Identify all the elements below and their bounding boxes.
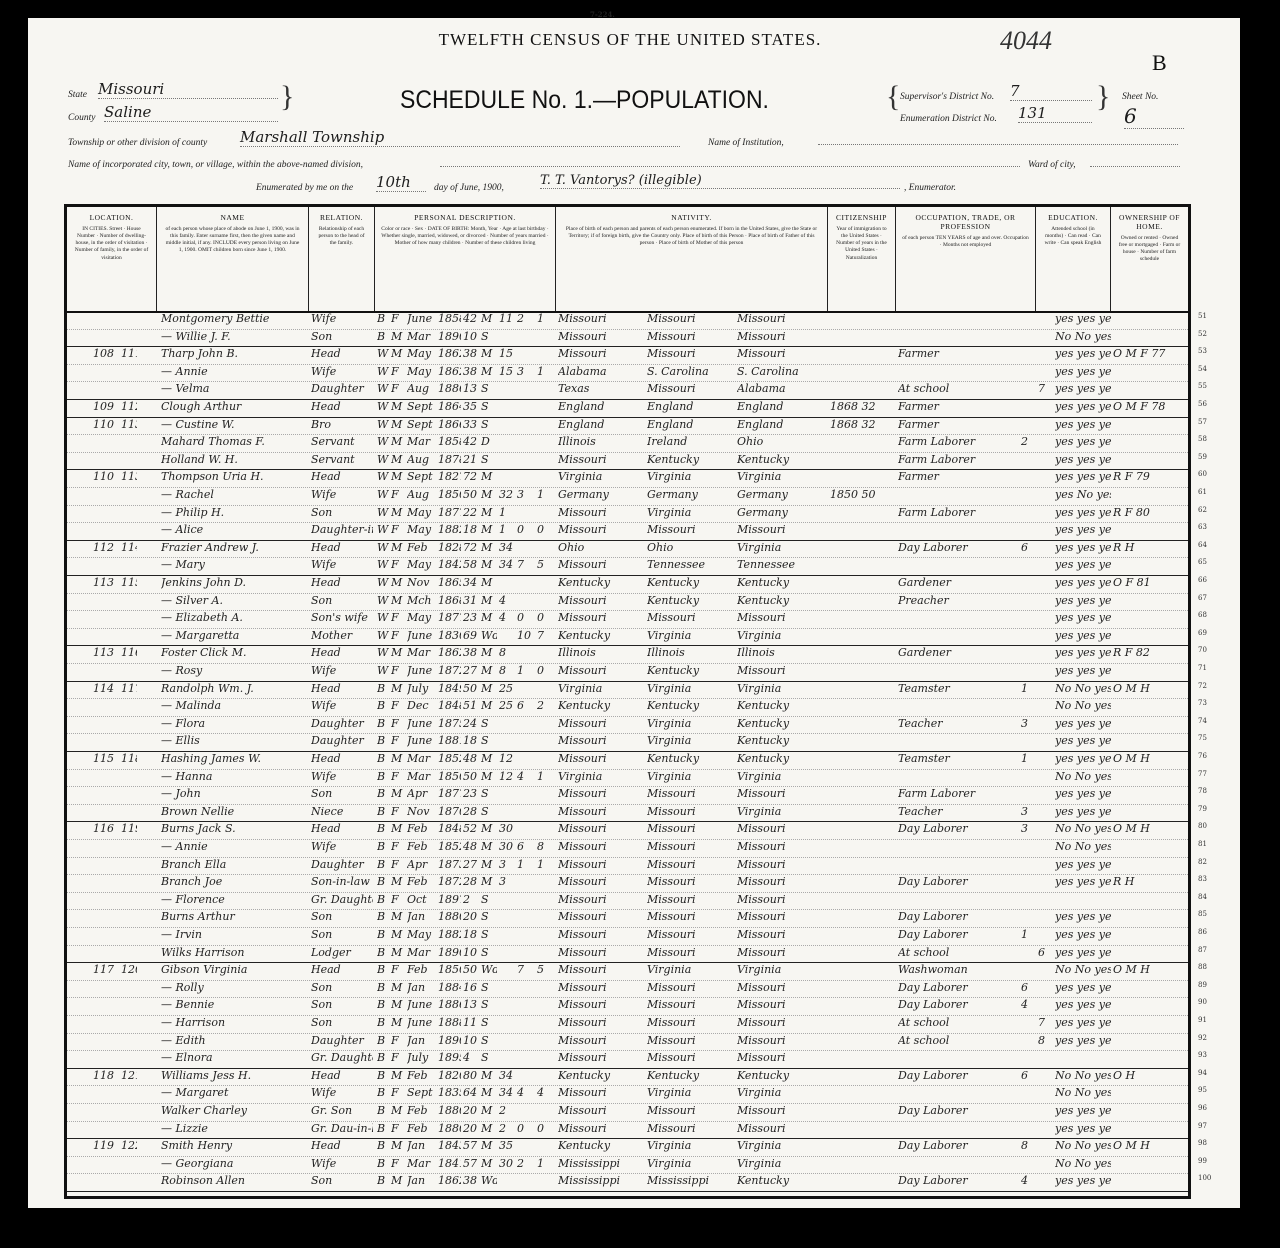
cell-edu: No No yes <box>1055 1139 1111 1152</box>
table-row: 118121Williams Jess H.HeadBMFeb182080M34… <box>67 1068 1188 1087</box>
cell-born: 3 <box>517 488 535 501</box>
cell-year: 1827 <box>438 470 461 483</box>
cell-age: 31 <box>463 594 479 607</box>
table-row: Branch EllaDaughterBFApr187327M311Missou… <box>67 857 1188 876</box>
cell-pob: Missouri <box>558 594 644 607</box>
cell-name: — Philip H. <box>161 506 307 519</box>
cell-age: 18 <box>463 928 479 941</box>
cell-occ: Farmer <box>898 400 1018 413</box>
cell-pob: Kentucky <box>558 1139 644 1152</box>
cell-edu: yes yes yes <box>1055 1174 1111 1187</box>
cell-sch: 7 <box>1038 382 1052 395</box>
cell-month: June <box>407 664 437 677</box>
line-number: 61 <box>1198 488 1207 496</box>
cell-sex: M <box>391 435 405 448</box>
line-number: 63 <box>1198 523 1207 531</box>
cell-name: — Bennie <box>161 998 307 1011</box>
cell-pob: Missouri <box>558 858 644 871</box>
cell-imm: 1868 32 <box>830 418 896 431</box>
cell-occ: Farmer <box>898 418 1018 431</box>
cell-age: 10 <box>463 1034 479 1047</box>
cell-mpob: Kentucky <box>737 734 827 747</box>
cell-mne: 1 <box>1021 752 1035 765</box>
cell-rel: Son <box>311 928 373 941</box>
cell-age: 18 <box>463 523 479 536</box>
census-title: TWELFTH CENSUS OF THE UNITED STATES. <box>340 30 920 50</box>
line-number: 74 <box>1198 717 1207 725</box>
cell-age: 23 <box>463 787 479 800</box>
line-number: 97 <box>1198 1122 1207 1130</box>
cell-pob: Virginia <box>558 470 644 483</box>
cell-ym: 8 <box>499 646 515 659</box>
cell-occ: Washwoman <box>898 963 1018 976</box>
cell-name: Branch Ella <box>161 858 307 871</box>
supervisor-label: Supervisor's District No. <box>900 92 994 102</box>
cell-age: 50 <box>463 682 479 695</box>
cell-race: W <box>377 382 389 395</box>
cell-year: 1882 <box>438 523 461 536</box>
cell-edu: yes yes yes <box>1055 382 1111 395</box>
cell-living: 8 <box>537 840 555 853</box>
county-label: County <box>68 113 95 123</box>
cell-race: B <box>377 787 389 800</box>
cell-edu: yes yes yes <box>1055 998 1111 1011</box>
cell-age: 52 <box>463 822 479 835</box>
cell-ym: 3 <box>499 875 515 888</box>
cell-fpob: Virginia <box>647 629 733 642</box>
cell-pob: Illinois <box>558 435 644 448</box>
cell-edu: yes yes yes <box>1055 506 1111 519</box>
cell-sex: M <box>391 594 405 607</box>
cell-month: Oct <box>407 893 437 906</box>
cell-ms: S <box>481 981 497 994</box>
city-label: Name of incorporated city, town, or vill… <box>68 160 363 170</box>
group-education: EDUCATION. Attended school (in months) ·… <box>1036 207 1111 311</box>
ed-no: 131 <box>1018 104 1092 123</box>
cell-own: R H <box>1113 541 1189 554</box>
line-number: 83 <box>1198 875 1207 883</box>
cell-month: Nov <box>407 805 437 818</box>
cell-race: B <box>377 875 389 888</box>
cell-sex: F <box>391 770 405 783</box>
cell-ym: 32 <box>499 488 515 501</box>
cell-age: 18 <box>463 734 479 747</box>
cell-age: 80 <box>463 1069 479 1082</box>
line-number: 77 <box>1198 770 1207 778</box>
cell-edu: yes yes yes <box>1055 946 1111 959</box>
line-number: 82 <box>1198 858 1207 866</box>
cell-edu: yes yes yes <box>1055 611 1111 624</box>
cell-pob: Missouri <box>558 453 644 466</box>
cell-mpob: England <box>737 418 827 431</box>
cell-name: — Alice <box>161 523 307 536</box>
cell-race: B <box>377 840 389 853</box>
cell-ym: 2 <box>499 1122 515 1135</box>
line-number: 95 <box>1198 1086 1207 1094</box>
cell-ms: M <box>481 347 497 360</box>
cell-living: 0 <box>537 523 555 536</box>
cell-age: 4 <box>463 1051 479 1064</box>
cell-rel: Son's wife <box>311 611 373 624</box>
cell-age: 35 <box>463 400 479 413</box>
line-number: 89 <box>1198 981 1207 989</box>
table-header: LOCATION. IN CITIES. Street · House Numb… <box>67 207 1188 313</box>
cell-ms: S <box>481 734 497 747</box>
cell-fpob: England <box>647 400 733 413</box>
cell-name: — John <box>161 787 307 800</box>
group-location: LOCATION. IN CITIES. Street · House Numb… <box>67 207 157 311</box>
cell-year: 1886 <box>438 998 461 1011</box>
cell-fam: 116 <box>121 646 137 659</box>
cell-living: 4 <box>537 1086 555 1099</box>
cell-sex: F <box>391 699 405 712</box>
table-row: — Silver A.SonWMMch186831M4MissouriKentu… <box>67 593 1188 612</box>
cell-sex: M <box>391 822 405 835</box>
cell-rel: Wife <box>311 365 373 378</box>
cell-born: 3 <box>517 365 535 378</box>
line-number: 73 <box>1198 699 1207 707</box>
cell-own: O M F 78 <box>1113 400 1189 413</box>
county-value: Saline <box>104 103 278 122</box>
cell-occ: Teacher <box>898 717 1018 730</box>
cell-mpob: Kentucky <box>737 752 827 765</box>
cell-rel: Servant <box>311 453 373 466</box>
cell-dw: 118 <box>93 1069 117 1082</box>
cell-living: 1 <box>537 1157 555 1170</box>
cell-age: 38 <box>463 646 479 659</box>
cell-year: 1852 <box>438 752 461 765</box>
cell-name: — Florence <box>161 893 307 906</box>
cell-sch: 6 <box>1038 946 1052 959</box>
cell-living: 0 <box>537 611 555 624</box>
cell-name: Robinson Allen <box>161 1174 307 1187</box>
cell-ms: S <box>481 453 497 466</box>
cell-year: 1850 <box>438 963 461 976</box>
cell-rel: Son <box>311 998 373 1011</box>
cell-age: 28 <box>463 875 479 888</box>
cell-sex: M <box>391 787 405 800</box>
group-citizenship: CITIZENSHIP Year of immigration to the U… <box>828 207 896 311</box>
cell-name: Tharp John B. <box>161 347 307 360</box>
table-row: 113116Foster Click M.HeadWMMar186238M8Il… <box>67 645 1188 664</box>
table-row: — RollySonBMJan188416SMissouriMissouriMi… <box>67 980 1188 999</box>
cell-month: May <box>407 506 437 519</box>
table-row: — Willie J. F.SonBMMar189010SMissouriMis… <box>67 329 1188 348</box>
cell-fpob: Ohio <box>647 541 733 554</box>
cell-month: Feb <box>407 875 437 888</box>
cell-mpob: Kentucky <box>737 699 827 712</box>
cell-name: — Lizzie <box>161 1122 307 1135</box>
cell-mpob: Missouri <box>737 312 827 325</box>
cell-sex: F <box>391 858 405 871</box>
cell-own: R F 82 <box>1113 646 1189 659</box>
cell-age: 20 <box>463 1122 479 1135</box>
cell-ym: 34 <box>499 541 515 554</box>
group-name: NAME of each person whose place of abode… <box>157 207 309 311</box>
cell-month: Feb <box>407 1069 437 1082</box>
cell-mpob: Missouri <box>737 347 827 360</box>
cell-month: Aug <box>407 382 437 395</box>
cell-mpob: Missouri <box>737 928 827 941</box>
line-number: 67 <box>1198 594 1207 602</box>
cell-mpob: Missouri <box>737 523 827 536</box>
cell-fpob: Kentucky <box>647 752 733 765</box>
cell-age: 2 <box>463 893 479 906</box>
table-row: Branch JoeSon-in-lawBMFeb187228M3Missour… <box>67 874 1188 893</box>
cell-rel: Son <box>311 506 373 519</box>
table-row: — FlorenceGr. DaughterBFOct18972SMissour… <box>67 892 1188 911</box>
cell-fam: 121 <box>121 1069 137 1082</box>
cell-pob: Virginia <box>558 770 644 783</box>
cell-name: — Mary <box>161 558 307 571</box>
cell-living: 7 <box>537 629 555 642</box>
cell-edu: yes yes yes <box>1055 400 1111 413</box>
cell-pob: Missouri <box>558 1086 644 1099</box>
cell-fpob: Missouri <box>647 787 733 800</box>
cell-race: B <box>377 734 389 747</box>
cell-edu: No No yes <box>1055 770 1111 783</box>
cell-ms: M <box>481 611 497 624</box>
cell-sex: F <box>391 1122 405 1135</box>
line-number: 60 <box>1198 470 1207 478</box>
cell-ms: Wd <box>481 963 497 976</box>
cell-age: 58 <box>463 558 479 571</box>
cell-fpob: Missouri <box>647 875 733 888</box>
cell-rel: Wife <box>311 558 373 571</box>
cell-mpob: Kentucky <box>737 717 827 730</box>
cell-fpob: Missouri <box>647 910 733 923</box>
cell-fpob: S. Carolina <box>647 365 733 378</box>
cell-race: W <box>377 488 389 501</box>
cell-sex: M <box>391 541 405 554</box>
cell-race: B <box>377 330 389 343</box>
cell-pob: Virginia <box>558 682 644 695</box>
cell-year: 1890 <box>438 330 461 343</box>
cell-occ: At school <box>898 1034 1018 1047</box>
cell-mpob: Kentucky <box>737 594 827 607</box>
cell-race: B <box>377 1086 389 1099</box>
cell-dw: 115 <box>93 752 117 765</box>
cell-age: 38 <box>463 1174 479 1187</box>
cell-dw: 114 <box>93 682 117 695</box>
cell-ms: M <box>481 558 497 571</box>
line-number: 68 <box>1198 611 1207 619</box>
cell-ms: M <box>481 470 497 483</box>
cell-born: 2 <box>517 1157 535 1170</box>
cell-occ: Teamster <box>898 682 1018 695</box>
cell-fam: 117 <box>121 682 137 695</box>
cell-year: 1877 <box>438 506 461 519</box>
cell-edu: yes yes yes <box>1055 312 1111 325</box>
cell-race: B <box>377 928 389 941</box>
table-row: Mahard Thomas F.ServantWMMar185842DIllin… <box>67 434 1188 453</box>
cell-ym: 4 <box>499 611 515 624</box>
table-row: — MalindaWifeBFDec184851M2562KentuckyKen… <box>67 698 1188 717</box>
cell-age: 72 <box>463 470 479 483</box>
cell-mpob: Kentucky <box>737 1069 827 1082</box>
cell-month: Sept <box>407 400 437 413</box>
cell-fpob: Mississippi <box>647 1174 733 1187</box>
cell-race: W <box>377 400 389 413</box>
cell-occ: Day Laborer <box>898 541 1018 554</box>
cell-month: Apr <box>407 787 437 800</box>
line-number: 58 <box>1198 435 1207 443</box>
cell-edu: yes yes yes <box>1055 928 1111 941</box>
cell-year: 1880 <box>438 910 461 923</box>
cell-fpob: Missouri <box>647 1034 733 1047</box>
cell-month: July <box>407 682 437 695</box>
cell-race: W <box>377 541 389 554</box>
cell-mpob: Missouri <box>737 858 827 871</box>
cell-sex: M <box>391 646 405 659</box>
cell-rel: Daughter <box>311 382 373 395</box>
cell-ms: D <box>481 435 497 448</box>
cell-rel: Wife <box>311 1157 373 1170</box>
cell-month: Mar <box>407 1157 437 1170</box>
cell-rel: Gr. Dau-in-law <box>311 1122 373 1135</box>
cell-name: Williams Jess H. <box>161 1069 307 1082</box>
table-row: 114117Randolph Wm. J.HeadBMJuly184950M25… <box>67 681 1188 700</box>
cell-name: — Annie <box>161 840 307 853</box>
cell-ms: M <box>481 1069 497 1082</box>
cell-rel: Gr. Daughter <box>311 1051 373 1064</box>
table-row: — MargarettaMotherWFJune183069Wd107Kentu… <box>67 628 1188 647</box>
cell-occ: Farm Laborer <box>898 506 1018 519</box>
cell-mpob: Missouri <box>737 787 827 800</box>
line-number: 72 <box>1198 682 1207 690</box>
cell-mpob: Missouri <box>737 1122 827 1135</box>
cell-year: 1880 <box>438 1122 461 1135</box>
cell-edu: No No yes <box>1055 1086 1111 1099</box>
table-row: Montgomery BettieWifeBFJune185842M1121Mi… <box>67 311 1188 330</box>
cell-ms: M <box>481 576 497 589</box>
cell-age: 38 <box>463 347 479 360</box>
cell-pob: England <box>558 400 644 413</box>
cell-year: 1865 <box>438 576 461 589</box>
cell-ms: S <box>481 805 497 818</box>
institution-value <box>818 128 1178 145</box>
cell-race: B <box>377 805 389 818</box>
cell-year: 1870 <box>438 805 461 818</box>
cell-ms: Wd <box>481 629 497 642</box>
cell-living: 5 <box>537 963 555 976</box>
cell-month: Sept <box>407 418 437 431</box>
table-row: 110113Thompson Uria H.HeadWMSept182772MV… <box>67 469 1188 488</box>
line-number: 87 <box>1198 946 1207 954</box>
cell-age: 69 <box>463 629 479 642</box>
cell-age: 11 <box>463 1016 479 1029</box>
cell-ym: 12 <box>499 770 515 783</box>
ward-label: Ward of city, <box>1028 160 1076 170</box>
cell-month: May <box>407 928 437 941</box>
cell-mne: 2 <box>1021 435 1035 448</box>
cell-edu: No No yes <box>1055 699 1111 712</box>
cell-ms: S <box>481 717 497 730</box>
cell-ms: M <box>481 682 497 695</box>
cell-year: 1848 <box>438 699 461 712</box>
cell-ms: S <box>481 1034 497 1047</box>
cell-month: May <box>407 523 437 536</box>
line-number: 62 <box>1198 506 1207 514</box>
cell-edu: yes yes yes <box>1055 910 1111 923</box>
cell-name: — Rolly <box>161 981 307 994</box>
cell-sch: 7 <box>1038 1016 1052 1029</box>
cell-year: 1849 <box>438 682 461 695</box>
table-row: 109112Clough ArthurHeadWMSept186435SEngl… <box>67 399 1188 418</box>
cell-mpob: Missouri <box>737 611 827 624</box>
cell-sex: M <box>391 682 405 695</box>
cell-month: Jan <box>407 1139 437 1152</box>
cell-rel: Wife <box>311 488 373 501</box>
cell-ms: M <box>481 523 497 536</box>
cell-pob: Missouri <box>558 1122 644 1135</box>
cell-sex: F <box>391 365 405 378</box>
cell-fpob: Illinois <box>647 646 733 659</box>
cell-race: B <box>377 910 389 923</box>
cell-occ: Day Laborer <box>898 998 1018 1011</box>
cell-ym: 15 <box>499 347 515 360</box>
cell-fpob: Virginia <box>647 682 733 695</box>
table-row: — GeorgianaWifeBFMar184157M3021Mississip… <box>67 1156 1188 1175</box>
cell-year: 1875 <box>438 717 461 730</box>
cell-sex: F <box>391 1086 405 1099</box>
cell-sex: F <box>391 382 405 395</box>
cell-age: 22 <box>463 506 479 519</box>
form-number: 7-224. <box>590 10 615 19</box>
cell-occ: Day Laborer <box>898 875 1018 888</box>
cell-mpob: Virginia <box>737 1157 827 1170</box>
cell-born: 2 <box>517 312 535 325</box>
cell-month: May <box>407 365 437 378</box>
line-number: 100 <box>1198 1174 1211 1182</box>
cell-dw: 110 <box>93 470 117 483</box>
cell-race: B <box>377 981 389 994</box>
cell-year: 1862 <box>438 347 461 360</box>
cell-name: Mahard Thomas F. <box>161 435 307 448</box>
line-number: 59 <box>1198 453 1207 461</box>
cell-ms: M <box>481 699 497 712</box>
cell-edu: yes yes yes <box>1055 734 1111 747</box>
cell-year: 1872 <box>438 664 461 677</box>
cell-edu: No No yes <box>1055 682 1111 695</box>
cell-ms: M <box>481 1122 497 1135</box>
cell-own: O M H <box>1113 963 1189 976</box>
cell-month: Mar <box>407 946 437 959</box>
line-number: 57 <box>1198 418 1207 426</box>
cell-edu: yes yes yes <box>1055 787 1111 800</box>
cell-fpob: Virginia <box>647 770 733 783</box>
cell-rel: Son <box>311 787 373 800</box>
cell-own: O M H <box>1113 822 1189 835</box>
cell-occ: Farm Laborer <box>898 453 1018 466</box>
cell-sex: F <box>391 1157 405 1170</box>
cell-age: 27 <box>463 858 479 871</box>
group-personal-description: PERSONAL DESCRIPTION. Color or race · Se… <box>375 207 556 311</box>
ward-value <box>1090 150 1180 167</box>
cell-mpob: Missouri <box>737 946 827 959</box>
cell-pob: Missouri <box>558 752 644 765</box>
cell-imm: 1868 32 <box>830 400 896 413</box>
cell-pob: Ohio <box>558 541 644 554</box>
cell-month: Mch <box>407 594 437 607</box>
cell-born: 0 <box>517 611 535 624</box>
table-row: — Philip H.SonWMMay187722M1MissouriVirgi… <box>67 505 1188 524</box>
line-number: 70 <box>1198 646 1207 654</box>
cell-month: June <box>407 734 437 747</box>
cell-age: 21 <box>463 453 479 466</box>
cell-edu: yes yes yes <box>1055 365 1111 378</box>
cell-ms: M <box>481 594 497 607</box>
